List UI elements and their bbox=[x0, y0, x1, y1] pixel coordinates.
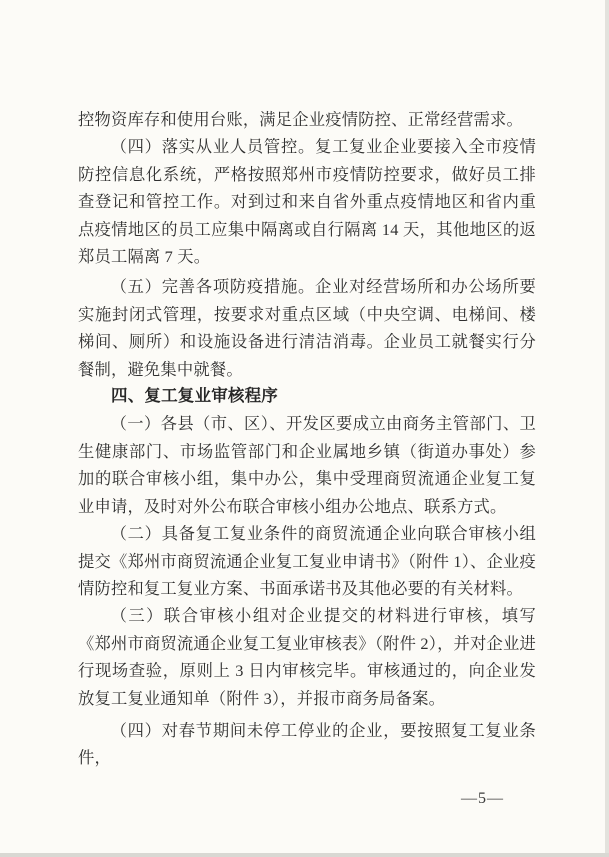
page-number: —5— bbox=[461, 790, 504, 808]
paragraph-continuation: 控物资库存和使用台账，满足企业疫情防控、正常经营需求。 bbox=[78, 106, 536, 133]
paragraph-item-4-non-stopped-enterprises: （四）对春节期间未停工停业的企业，要按照复工复业条件， bbox=[78, 717, 536, 772]
paragraph-item-2-application-materials: （二）具备复工复业条件的商贸流通企业向联合审核小组提交《郑州市商贸流通企业复工复… bbox=[78, 520, 536, 602]
document-page: 控物资库存和使用台账，满足企业疫情防控、正常经营需求。 （四）落实从业人员管控。… bbox=[0, 0, 609, 857]
paragraph-item-1-joint-review-group: （一）各县（市、区）、开发区要成立由商务主管部门、卫生健康部门、市场监管部门和企… bbox=[78, 410, 536, 520]
section-heading-review-procedure: 四、复工复业审核程序 bbox=[78, 383, 536, 410]
paragraph-item-4-personnel-control: （四）落实从业人员管控。复工复业企业要接入全市疫情防控信息化系统，严格按照郑州市… bbox=[78, 133, 536, 270]
paragraph-item-3-review-process: （三）联合审核小组对企业提交的材料进行审核，填写《郑州市商贸流通企业复工复业审核… bbox=[78, 602, 536, 712]
paragraph-item-5-epidemic-measures: （五）完善各项防疫措施。企业对经营场所和办公场所要实施封闭式管理，按要求对重点区… bbox=[78, 273, 536, 383]
scan-edge-bottom bbox=[0, 853, 609, 857]
document-body: 控物资库存和使用台账，满足企业疫情防控、正常经营需求。 （四）落实从业人员管控。… bbox=[78, 106, 536, 772]
scan-edge-right bbox=[605, 0, 609, 857]
